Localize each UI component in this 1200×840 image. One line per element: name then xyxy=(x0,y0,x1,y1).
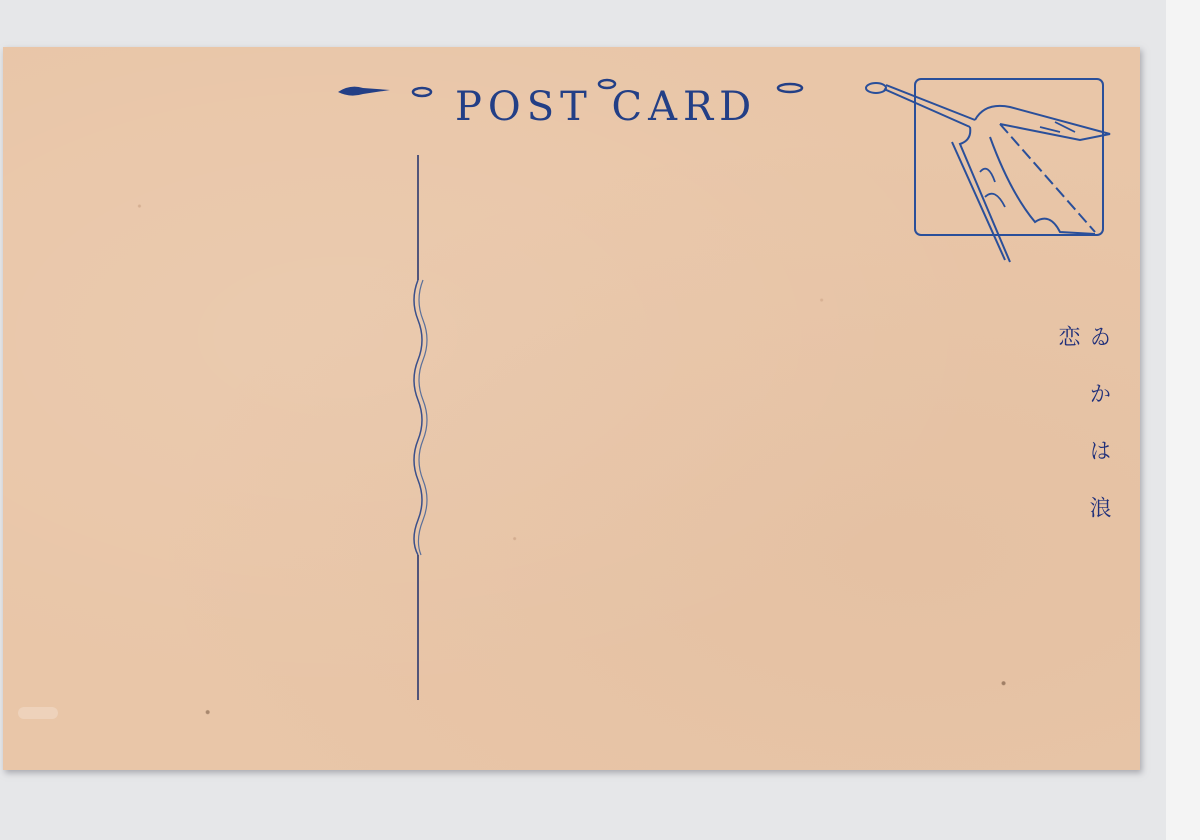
crane-icon xyxy=(860,72,1120,272)
postcard-title: POST CARD xyxy=(455,84,757,130)
side-inscription: ゐ か は 浪 恋 xyxy=(1082,325,1114,550)
scan-margin xyxy=(1166,0,1200,840)
divider-line-icon xyxy=(405,155,435,700)
card-smudge xyxy=(18,707,58,719)
address-divider-line xyxy=(405,155,435,700)
postcard-header: POST CARD xyxy=(335,78,815,138)
stamp-placement-box xyxy=(860,72,1120,272)
